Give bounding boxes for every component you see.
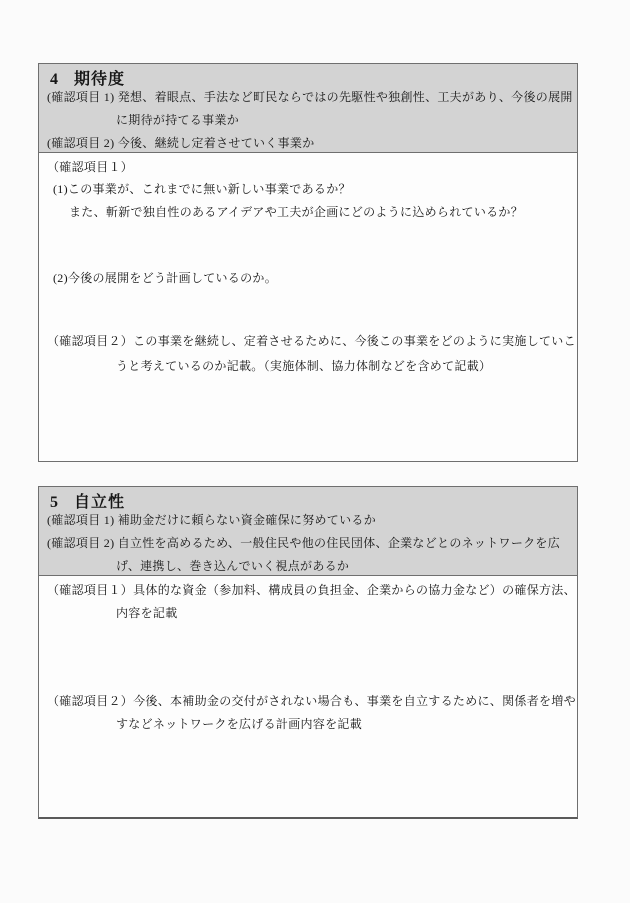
header-criteria-line: (確認項目 1) 補助金だけに頼らない資金確保に努めているか: [47, 513, 376, 528]
body-item-line: （確認項目１）具体的な資金（参加料、構成員の負担金、企業からの協力金など）の確保…: [47, 583, 576, 598]
header-criteria-line-continuation: げ、連携し、巻き込んでいく視点があるか: [116, 559, 349, 574]
header-criteria-line: (確認項目 1) 発想、着眼点、手法など町民ならではの先駆性や独創性、工夫があり…: [47, 90, 573, 105]
body-item-line: （確認項目２）この事業を継続し、定着させるために、今後この事業をどのように実施し…: [47, 334, 576, 349]
section-title-text: 期待度: [74, 71, 125, 88]
header-criteria-line-continuation: に期待が持てる事業か: [116, 113, 239, 128]
section-box-independence: 5自立性 (確認項目 1) 補助金だけに頼らない資金確保に努めているか (確認項…: [38, 486, 578, 819]
section-body-independence: （確認項目１）具体的な資金（参加料、構成員の負担金、企業からの協力金など）の確保…: [39, 576, 577, 817]
section-title-text: 自立性: [74, 494, 125, 511]
document-page: 4期待度 (確認項目 1) 発想、着眼点、手法など町民ならではの先駆性や独創性、…: [0, 0, 630, 903]
body-item-line-continuation: うと考えているのか記載。（実施体制、協力体制などを含めて記載）: [116, 359, 491, 374]
header-criteria-line: (確認項目 2) 自立性を高めるため、一般住民や他の住民団体、企業などとのネット…: [47, 536, 560, 551]
section-title: 5自立性: [50, 489, 125, 512]
body-question-line-continuation: また、斬新で独自性のあるアイデアや工夫が企画にどのように込められているか？: [69, 205, 523, 220]
body-item-label: （確認項目１）: [47, 160, 133, 175]
body-item-line-continuation: すなどネットワークを広げる計画内容を記載: [116, 717, 362, 732]
body-question-line: (1)この事業が、これまでに無い新しい事業であるか？: [53, 182, 351, 197]
section-number: 4: [50, 71, 59, 89]
body-item-line-continuation: 内容を記載: [116, 606, 178, 621]
body-item-line: （確認項目２）今後、本補助金の交付がされない場合も、事業を自立するために、関係者…: [47, 694, 576, 709]
section-title: 4期待度: [50, 66, 125, 89]
section-number: 5: [50, 494, 59, 512]
section-header-independence: 5自立性 (確認項目 1) 補助金だけに頼らない資金確保に努めているか (確認項…: [39, 487, 577, 576]
section-box-expectation: 4期待度 (確認項目 1) 発想、着眼点、手法など町民ならではの先駆性や独創性、…: [38, 63, 578, 462]
header-criteria-line: (確認項目 2) 今後、継続し定着させていく事業か: [47, 136, 315, 151]
section-header-expectation: 4期待度 (確認項目 1) 発想、着眼点、手法など町民ならではの先駆性や独創性、…: [39, 64, 577, 153]
section-body-expectation: （確認項目１） (1)この事業が、これまでに無い新しい事業であるか？ また、斬新…: [39, 153, 577, 461]
body-question-line: (2)今後の展開をどう計画しているのか。: [53, 271, 277, 286]
